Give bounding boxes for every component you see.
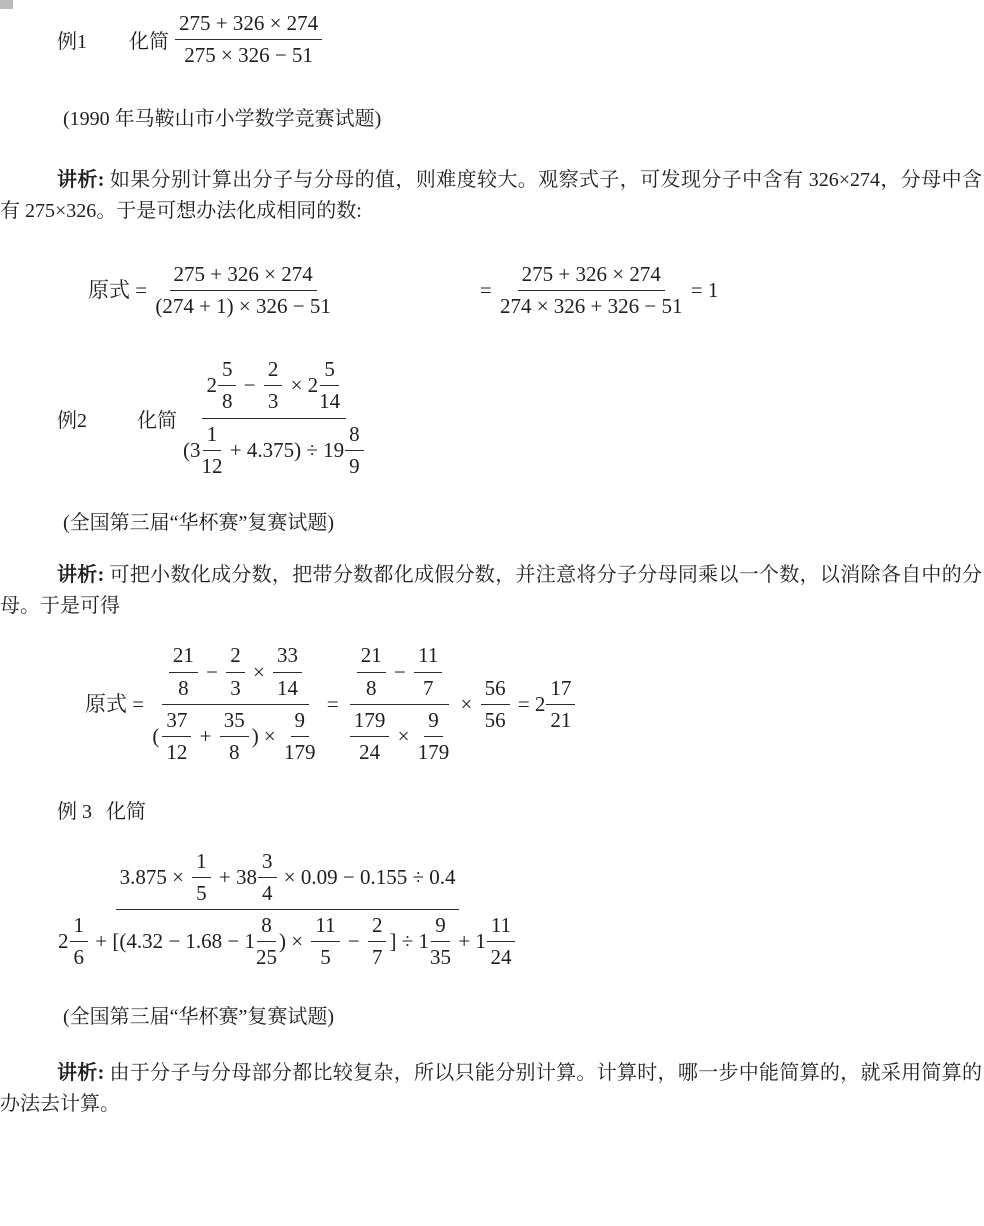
example2-analysis-label: 讲析: — [57, 564, 104, 586]
example2-analysis-text: 可把小数化成分数，把带分数都化成假分数，并注意将分子分母同乘以一个数，以消除各自… — [0, 564, 982, 617]
example2-analysis: 讲析: 可把小数化成分数，把带分数都化成假分数，并注意将分子分母同乘以一个数，以… — [0, 560, 984, 622]
example3-analysis-label: 讲析: — [57, 1062, 104, 1084]
example3-analysis: 讲析: 由于分子与分母部分都比较复杂，所以只能分别计算。计算时，哪一步中能简算的… — [0, 1058, 984, 1120]
scan-artifact — [0, 0, 13, 9]
example1-solution-line2: = 275 + 326 × 274274 × 326 + 326 − 51 = … — [339, 261, 718, 321]
example1-solution-line1: 原式 = 275 + 326 × 274(274 + 1) × 326 − 51 — [0, 261, 334, 321]
example1-analysis-label: 讲析: — [57, 169, 104, 191]
example3-label: 例 3 — [57, 795, 92, 824]
example1-source: (1990 年马鞍山市小学数学竞赛试题) — [0, 104, 984, 134]
example2-label: 例2 — [57, 404, 87, 433]
example3-problem-formula: 3.875 × 15 + 3834 × 0.09 − 0.155 ÷ 0.421… — [0, 848, 520, 972]
example2-heading: 例2 化简 258 − 23 × 2514(3112 + 4.375) ÷ 19… — [0, 356, 984, 480]
example2-prompt: 化简 — [137, 404, 177, 433]
example3-prompt: 化简 — [106, 795, 146, 824]
example1-analysis-text: 如果分别计算出分子与分母的值，则难度较大。观察式子，可发现分子中含有 326×2… — [0, 169, 982, 222]
example1-label: 例1 — [57, 25, 87, 54]
document-page: 例1 化简 275 + 326 × 274275 × 326 − 51 (199… — [0, 0, 984, 1226]
example1-problem-formula: 275 + 326 × 274275 × 326 − 51 — [172, 10, 325, 70]
example1-analysis: 讲析: 如果分别计算出分子与分母的值，则难度较大。观察式子，可发现分子中含有 3… — [0, 165, 984, 227]
example3-source: (全国第三届“华杯赛”复赛试题) — [0, 1002, 984, 1032]
example2-problem-formula: 258 − 23 × 2514(3112 + 4.375) ÷ 1989 — [180, 356, 369, 480]
example1-heading: 例1 化简 275 + 326 × 274275 × 326 − 51 — [0, 10, 984, 70]
example2-solution-line: 原式 = 218 − 23 × 3314(3712 + 358) × 9179 … — [0, 642, 577, 766]
example3-analysis-text: 由于分子与分母部分都比较复杂，所以只能分别计算。计算时，哪一步中能简算的，就采用… — [0, 1062, 982, 1115]
example3-heading: 例 3 化简 — [0, 795, 984, 824]
example1-prompt: 化简 — [129, 25, 169, 54]
example2-source: (全国第三届“华杯赛”复赛试题) — [0, 508, 984, 538]
